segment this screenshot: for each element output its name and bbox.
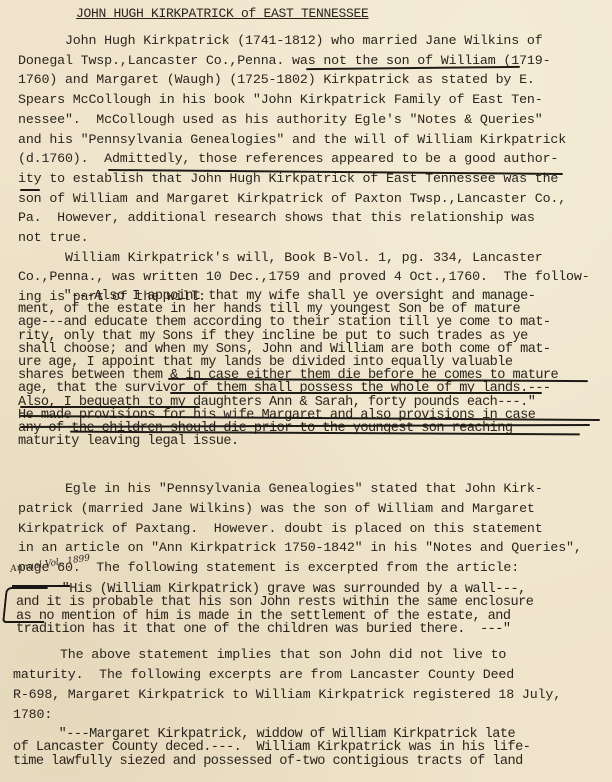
text-line: ment, of the estate in her hands till my… bbox=[18, 303, 520, 316]
text-line: R-698, Margaret Kirkpatrick to William K… bbox=[13, 687, 561, 703]
document-title: JOHN HUGH KIRKPATRICK of EAST TENNESSEE bbox=[76, 6, 369, 21]
text-line: in an article on "Ann Kirkpatrick 1750-1… bbox=[18, 540, 582, 556]
text-line: page 60. The following statement is exce… bbox=[18, 560, 519, 576]
text-line: patrick (married Jane Wilkins) was the s… bbox=[18, 501, 535, 517]
text-line: Co.,Penna., was written 10 Dec.,1759 and… bbox=[18, 269, 590, 285]
text-line: Spears McCollough in his book "John Kirk… bbox=[18, 92, 543, 108]
ink-bracket bbox=[2, 587, 48, 623]
text-line: rity, only that my Sons if they incline … bbox=[18, 330, 528, 343]
text-line: of Lancaster County deced.---. William K… bbox=[13, 741, 530, 754]
text-line: William Kirkpatrick's will, Book B-Vol. … bbox=[18, 250, 543, 266]
text-line: ure age, I appoint that my lands be divi… bbox=[18, 356, 513, 369]
text-line: (d.1760). Admittedly, those references a… bbox=[18, 151, 558, 167]
text-line: 1760) and Margaret (Waugh) (1725-1802) K… bbox=[18, 72, 535, 88]
text-line: age---and educate them according to thei… bbox=[18, 316, 551, 329]
text-line: Kirkpatrick of Paxtang. However. doubt i… bbox=[18, 521, 543, 537]
document-page: JOHN HUGH KIRKPATRICK of EAST TENNESSEE … bbox=[0, 0, 612, 782]
text-line: maturity. The following excerpts are fro… bbox=[13, 667, 514, 683]
text-line: maturity leaving legal issue. bbox=[18, 435, 239, 448]
text-line: "---Margaret Kirkpatrick, widdow of Will… bbox=[13, 728, 515, 741]
text-line: "His (William Kirkpatrick) grave was sur… bbox=[16, 583, 526, 596]
text-line: and it is probable that his son John res… bbox=[16, 596, 533, 609]
text-line: son of William and Margaret Kirkpatrick … bbox=[18, 191, 566, 207]
ink-strike bbox=[20, 406, 200, 408]
text-line: John Hugh Kirkpatrick (1741-1812) who ma… bbox=[18, 33, 543, 49]
text-line: and his "Pennsylvania Genealogies" and t… bbox=[18, 132, 566, 148]
text-line: The above statement implies that son Joh… bbox=[13, 647, 506, 663]
text-line: not true. bbox=[18, 230, 88, 246]
ink-underline bbox=[20, 189, 40, 191]
text-line: nessee". McCollough used as his authorit… bbox=[18, 112, 543, 128]
text-line: "---Also I appoint that my wife shall ye… bbox=[18, 290, 535, 303]
text-line: tradition has it that one of the childre… bbox=[16, 623, 511, 636]
text-line: as no mention of him is made in the sett… bbox=[16, 610, 511, 623]
text-line: 1780: bbox=[13, 707, 52, 723]
text-line: time lawfully siezed and possessed of-tw… bbox=[13, 755, 523, 768]
text-line: Pa. However, additional research shows t… bbox=[18, 210, 535, 226]
text-line: shall choose; and when my Sons, John and… bbox=[18, 343, 551, 356]
ink-underline bbox=[170, 392, 542, 394]
text-line: Egle in his "Pennsylvania Genealogies" s… bbox=[18, 481, 543, 497]
